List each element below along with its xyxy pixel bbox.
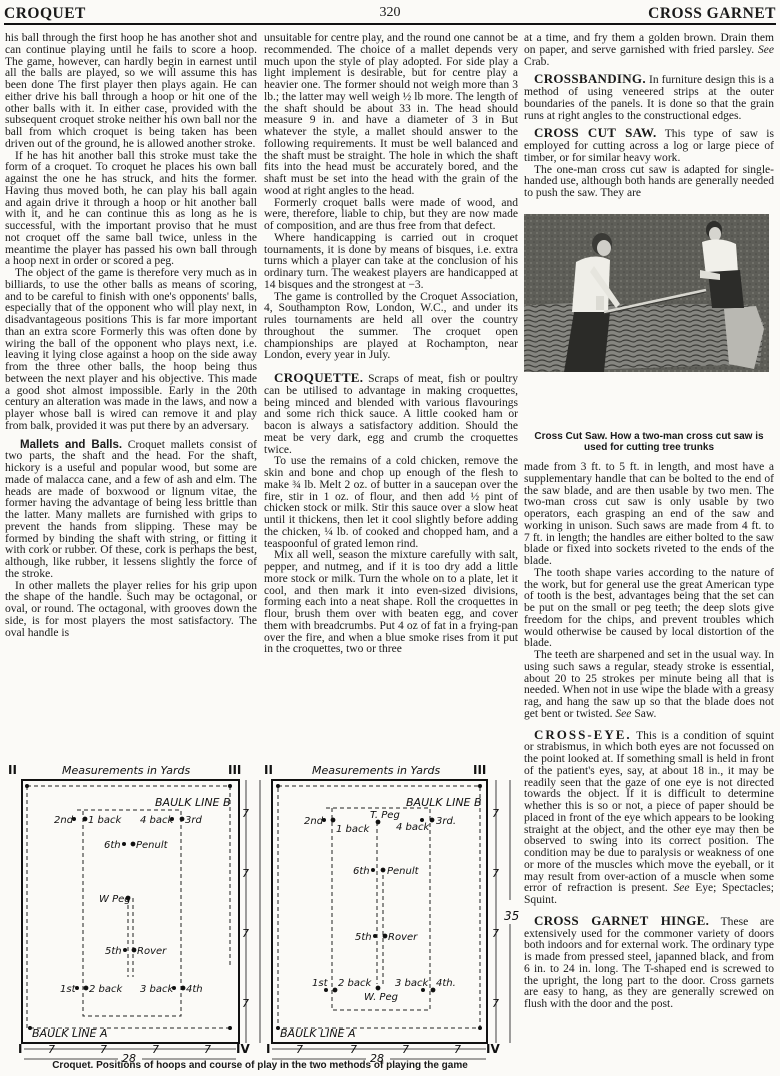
paragraph: The teeth are sharpened and set in the u…	[524, 650, 774, 721]
hoop-label: 4 back	[140, 815, 175, 826]
paragraph: The tooth shape varies according to the …	[524, 568, 774, 650]
hoop-label: Penult	[136, 840, 169, 851]
diagram-title: Measurements in Yards	[312, 764, 440, 777]
hoop-label: 2nd	[304, 816, 324, 827]
paragraph: In other mallets the player relies for h…	[5, 581, 257, 640]
hoop-label: 6th	[104, 840, 121, 851]
corner-label-iii: III	[473, 763, 486, 777]
baulk-line-a-label: BAULK LINE A	[32, 1027, 108, 1040]
paragraph: The game is controlled by the Croquet As…	[264, 292, 518, 363]
paragraph: Formerly croquet balls were made of wood…	[264, 198, 518, 233]
dimension-label: 7	[48, 1043, 55, 1056]
hoop-label: 2 back	[338, 978, 373, 989]
dimension-label: 7	[350, 1043, 357, 1056]
paragraph: These are extensively used for the commo…	[524, 916, 774, 1010]
dimension-label: 7	[296, 1043, 303, 1056]
column-3-lower: made from 3 ft. to 5 ft. in length, and …	[524, 462, 774, 1011]
croquet-court-diagram-left: II Measurements in Yards III BAULK LINE …	[0, 762, 262, 1062]
paragraph: unsuitable for centre play, and the roun…	[264, 33, 518, 198]
entry-croquette: CROQUETTE. Scraps of meat, fish or poult…	[264, 372, 518, 456]
dimension-label: 7	[492, 867, 499, 880]
hoop-label: Rover	[137, 946, 167, 957]
paragraph: The object of the game is therefore very…	[5, 268, 257, 433]
hoop-label: 1 back	[336, 824, 371, 835]
diagram-caption: Croquet. Positions of hoops and course o…	[0, 1060, 520, 1071]
dimension-label: 7	[242, 997, 249, 1010]
hoop-label: 5th	[355, 932, 372, 943]
total-height-label: 35	[504, 909, 519, 923]
headword-cross-garnet-hinge: CROSS GARNET HINGE.	[534, 913, 709, 928]
dimension-label: 7	[152, 1043, 159, 1056]
hoop-label: 4 back	[396, 822, 431, 833]
dimension-label: 7	[242, 927, 249, 940]
paragraph: Mix all well, season the mixture careful…	[264, 550, 518, 656]
diagram-title: Measurements in Yards	[62, 764, 190, 777]
dimension-label: 7	[454, 1043, 461, 1056]
dimension-label: 7	[204, 1043, 211, 1056]
hoop-label: 4th	[186, 984, 203, 995]
paragraph: Scraps of meat, fish or poultry can be u…	[264, 373, 518, 456]
hoop-label: 3 back	[395, 978, 430, 989]
dimension-label: 7	[492, 997, 499, 1010]
subheading-mallets-and-balls: Mallets and Balls.	[20, 439, 122, 451]
peg-label: T. Peg	[370, 810, 400, 821]
paragraph: at a time, and fry them a golden brown. …	[524, 33, 774, 68]
photo-caption: Cross Cut Saw. How a two-man cross cut s…	[524, 431, 774, 453]
paragraph: made from 3 ft. to 5 ft. in length, and …	[524, 462, 774, 568]
corner-label-i: I	[266, 1042, 270, 1056]
hoop-label: 2 back	[89, 984, 124, 995]
hoop-label: 1st	[312, 978, 329, 989]
baulk-line-b-label: BAULK LINE B	[406, 796, 482, 809]
baulk-line-a-label: BAULK LINE A	[280, 1027, 356, 1040]
header-right-guideword: CROSS GARNET	[648, 5, 776, 23]
cross-reference-link: Crab.	[524, 56, 549, 68]
hoop-label: 3 back	[140, 984, 175, 995]
text: This is a condition of squint or strabis…	[524, 730, 774, 895]
paragraph: To use the remains of a cold chicken, re…	[264, 456, 518, 550]
dimension-label: 7	[242, 807, 249, 820]
column-3-upper: at a time, and fry them a golden brown. …	[524, 33, 774, 200]
corner-label-iv: IV	[486, 1042, 500, 1056]
hoop-label: Penult	[387, 866, 420, 877]
paragraph: If he has hit another ball this stroke m…	[5, 151, 257, 269]
entry-crossbanding: CROSSBANDING. In furniture design this i…	[524, 73, 774, 122]
peg-label: W. Peg	[364, 992, 398, 1003]
hoop-label: 2nd	[54, 815, 74, 826]
cross-cut-saw-photo	[524, 214, 769, 372]
baulk-line-b-label: BAULK LINE B	[155, 796, 231, 809]
hoop-label: 1st	[60, 984, 77, 995]
hoop-label: 6th	[353, 866, 370, 877]
corner-label-ii: II	[264, 763, 273, 777]
entry-cross-eye: CROSS-EYE. This is a condition of squint…	[524, 729, 774, 907]
photo-illustration	[524, 214, 769, 372]
column-1: his ball through the first hoop he has a…	[5, 33, 257, 639]
hoop-label: 3rd.	[436, 816, 456, 827]
peg-label: W Peg	[99, 894, 131, 905]
corner-label-iv: IV	[236, 1042, 250, 1056]
paragraph: Croquet mallets consist of two parts, th…	[5, 439, 257, 580]
hoop-label: Rover	[388, 932, 418, 943]
paragraph: The one-man cross cut saw is adapted for…	[524, 165, 774, 200]
dimension-label: 7	[100, 1043, 107, 1056]
dimension-label: 7	[492, 927, 499, 940]
hoop-label: 3rd	[185, 815, 202, 826]
hoop-label: 1 back	[88, 815, 123, 826]
text: at a time, and fry them a golden brown. …	[524, 32, 774, 56]
headword-cross-cut-saw: CROSS CUT SAW.	[534, 125, 657, 140]
dimension-label: 7	[402, 1043, 409, 1056]
paragraph: his ball through the first hoop he has a…	[5, 33, 257, 151]
see-reference: See	[758, 44, 774, 56]
running-header: CROQUET 320 CROSS GARNET	[4, 3, 776, 25]
see-reference: See	[673, 882, 689, 894]
cross-reference-link: Saw.	[634, 708, 656, 720]
mallets-and-balls-section: Mallets and Balls. Croquet mallets consi…	[5, 440, 257, 581]
headword-crossbanding: CROSSBANDING.	[534, 71, 646, 86]
corner-label-ii: II	[8, 763, 17, 777]
headword-cross-eye: CROSS-EYE.	[534, 727, 632, 742]
corner-label-iii: III	[228, 763, 241, 777]
headword-croquette: CROQUETTE.	[274, 370, 363, 385]
hoop-label: 4th.	[436, 978, 456, 989]
hoop-label: 5th	[105, 946, 122, 957]
entry-cross-garnet-hinge: CROSS GARNET HINGE. These are extensivel…	[524, 915, 774, 1011]
see-reference: See	[615, 708, 631, 720]
croquet-court-diagram-right: II Measurements in Yards III BAULK LINE …	[258, 762, 520, 1062]
dimension-label: 7	[242, 867, 249, 880]
dimension-label: 7	[492, 807, 499, 820]
paragraph: Where handicapping is carried out in cro…	[264, 233, 518, 292]
column-2: unsuitable for centre play, and the roun…	[264, 33, 518, 656]
entry-cross-cut-saw: CROSS CUT SAW. This type of saw is emplo…	[524, 127, 774, 164]
corner-label-i: I	[18, 1042, 22, 1056]
